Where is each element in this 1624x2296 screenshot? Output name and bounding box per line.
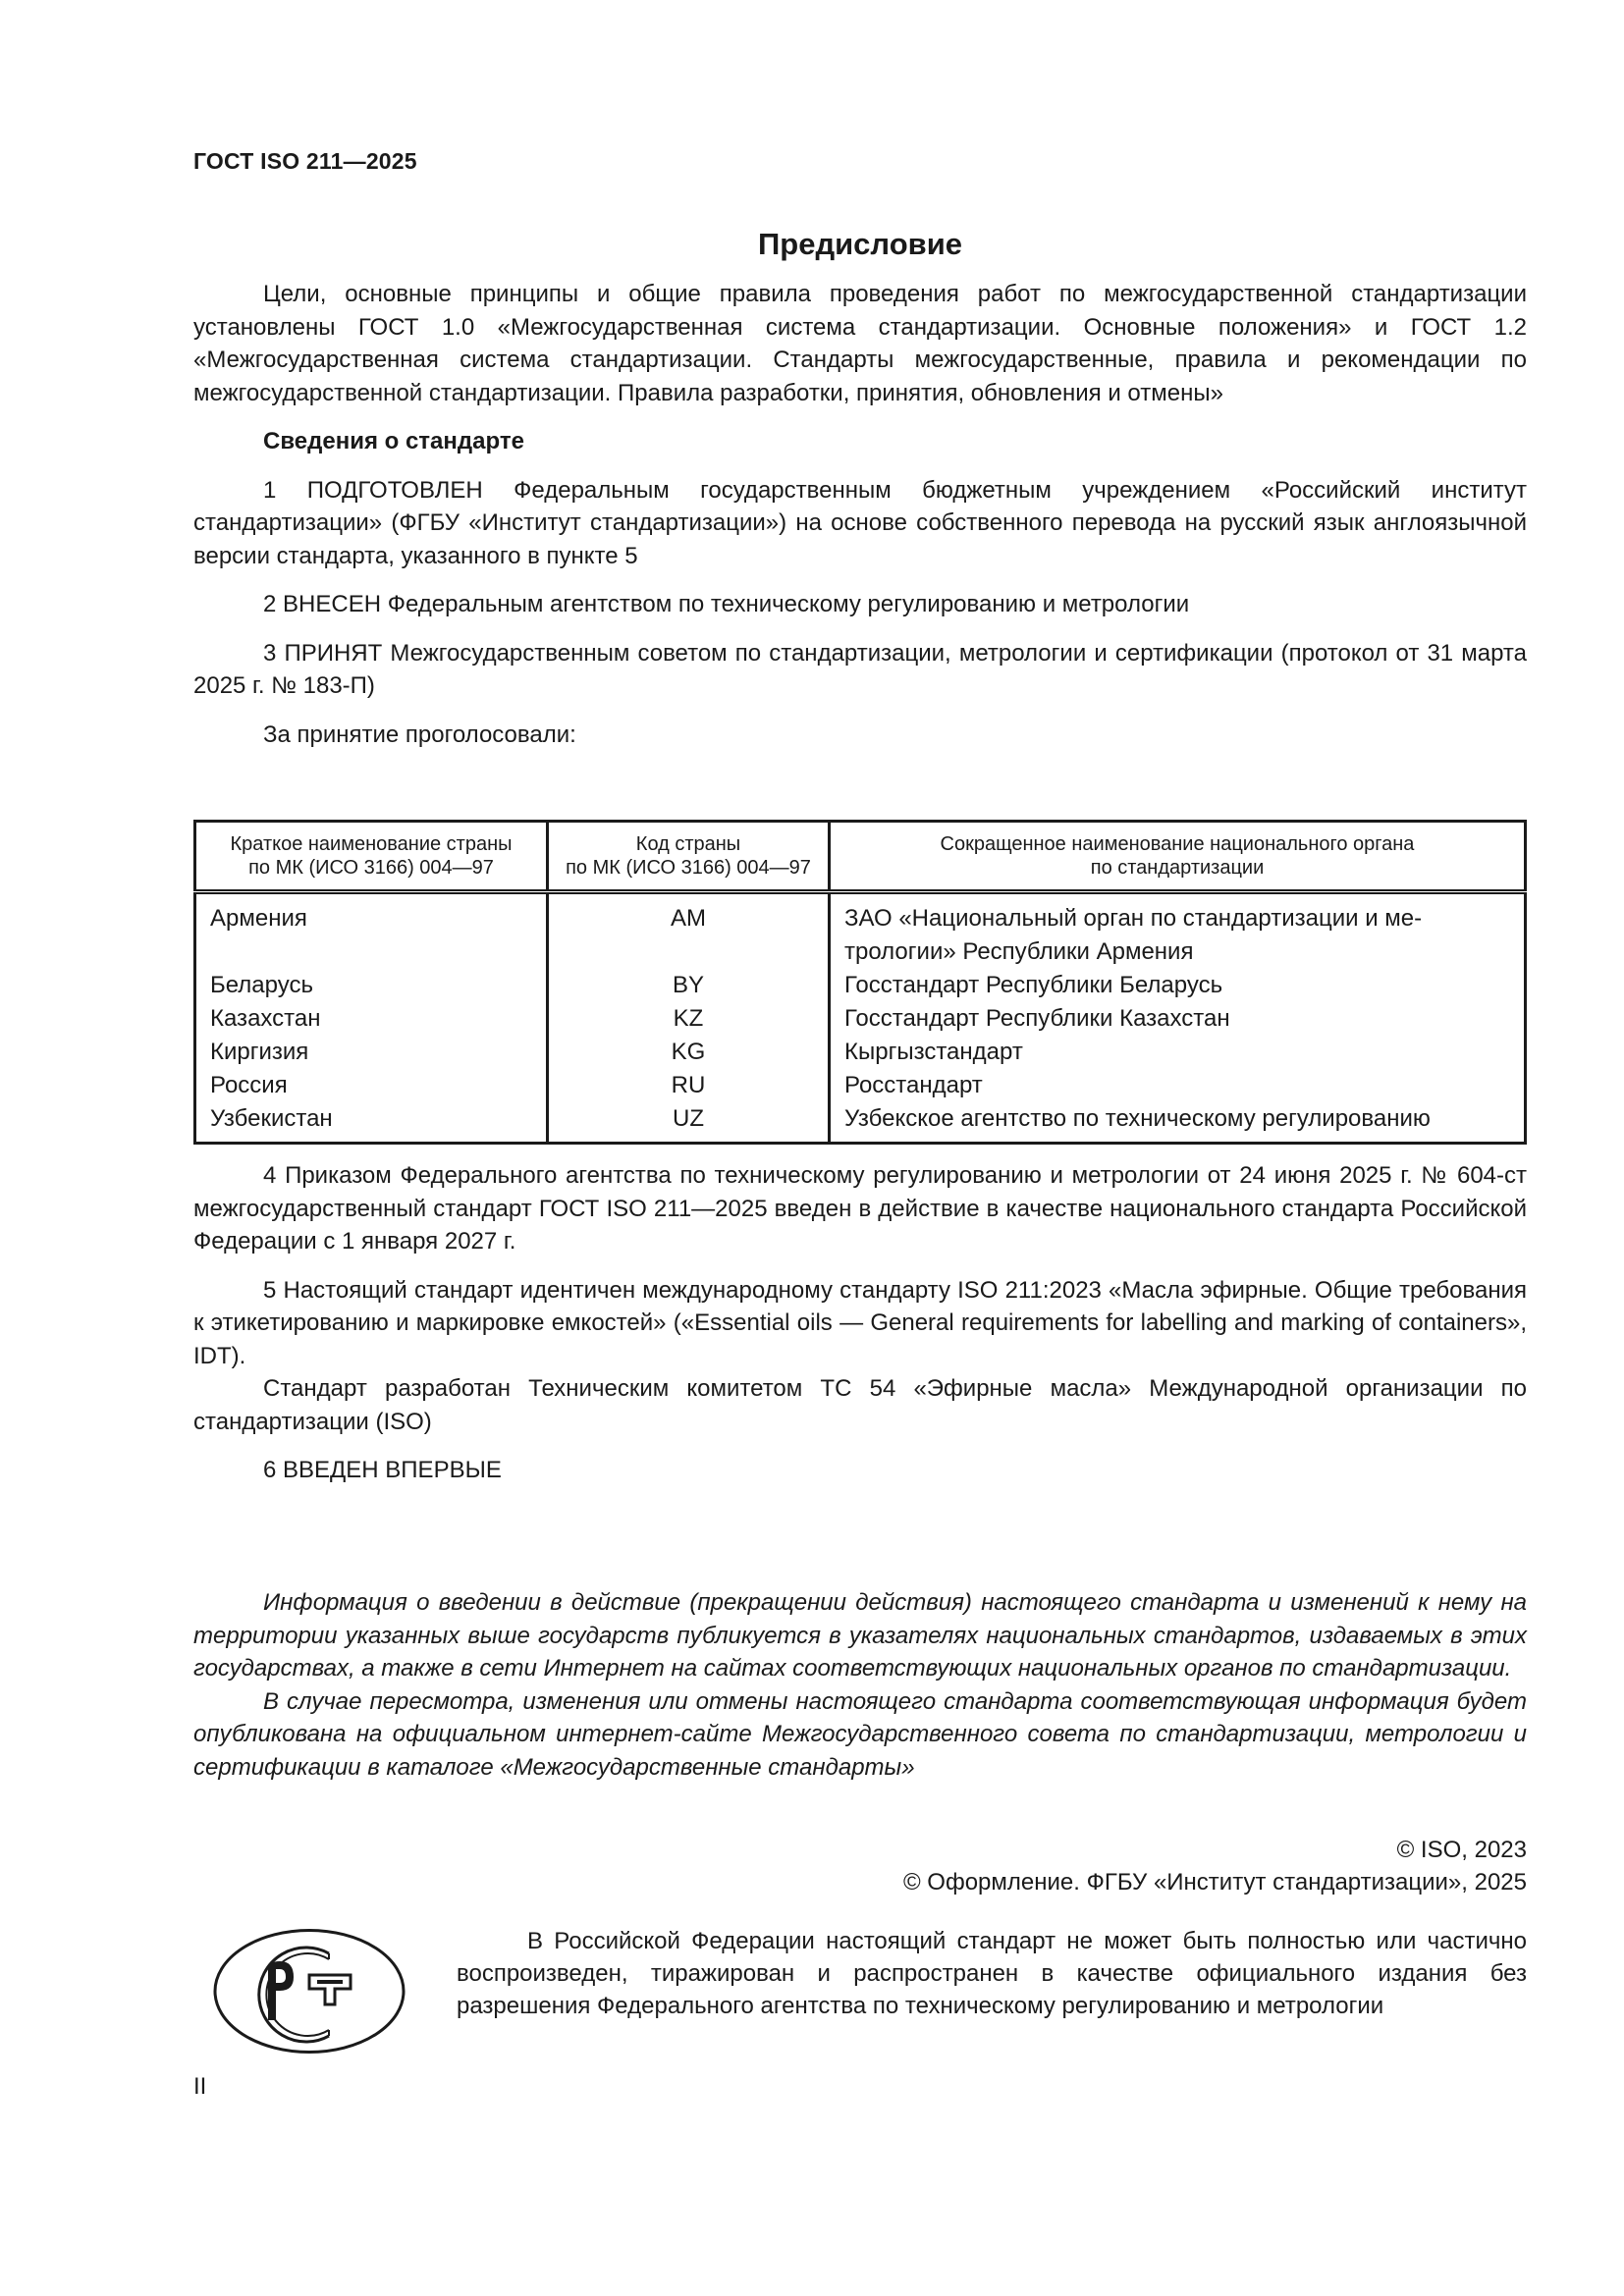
item-committee: Стандарт разработан Техническим комитето… <box>193 1372 1527 1438</box>
table-row: Казахстан KZ Госстандарт Республики Каза… <box>195 1002 1526 1036</box>
page-number: II <box>193 2073 206 2101</box>
body-cell: Кыргызстандарт <box>830 1036 1526 1069</box>
country-cell: Киргизия <box>195 1036 548 1069</box>
body-cell: Узбекское агентство по техническому регу… <box>830 1102 1526 1144</box>
item-adopted: 3 ПРИНЯТ Межгосударственным советом по с… <box>193 637 1527 703</box>
item-submitted: 2 ВНЕСЕН Федеральным агентством по техни… <box>193 588 1527 621</box>
copyright-iso: © ISO, 2023 <box>1397 1834 1527 1866</box>
header-code: Код страныпо МК (ИСО 3166) 004—97 <box>548 822 830 892</box>
item-prepared: 1 ПОДГОТОВЛЕН Федеральным государственны… <box>193 474 1527 573</box>
body-cell: ЗАО «Национальный орган по стандартизаци… <box>830 892 1526 970</box>
restriction-paragraph: В Российской Федерации настоящий стандар… <box>457 1925 1527 2022</box>
vote-label: За принятие проголосовали: <box>193 719 1527 752</box>
code-cell: RU <box>548 1069 830 1102</box>
item-identical: 5 Настоящий стандарт идентичен междунаро… <box>193 1274 1527 1373</box>
code-cell: UZ <box>548 1102 830 1144</box>
notice-block: Информация о введении в действие (прекра… <box>193 1586 1527 1784</box>
table-row: Узбекистан UZ Узбекское агентство по тех… <box>195 1102 1526 1144</box>
country-cell: Казахстан <box>195 1002 548 1036</box>
table-row: Армения AM ЗАО «Национальный орган по ст… <box>195 892 1526 970</box>
header-body: Сокращенное наименование национального о… <box>830 822 1526 892</box>
country-cell: Россия <box>195 1069 548 1102</box>
header-country: Краткое наименование страныпо МК (ИСО 31… <box>195 822 548 892</box>
code-cell: AM <box>548 892 830 970</box>
item-order: 4 Приказом Федерального агентства по тех… <box>193 1159 1527 1258</box>
table-row: Беларусь BY Госстандарт Республики Белар… <box>195 969 1526 1002</box>
code-cell: KZ <box>548 1002 830 1036</box>
restriction-notice: В Российской Федерации настоящий стандар… <box>457 1925 1527 2022</box>
body-cell: Госстандарт Республики Казахстан <box>830 1002 1526 1036</box>
country-cell: Узбекистан <box>195 1102 548 1144</box>
preface-intro: Цели, основные принципы и общие правила … <box>193 278 1527 751</box>
body-cell: Росстандарт <box>830 1069 1526 1102</box>
rst-mark-icon <box>211 1926 407 2056</box>
section-heading: Сведения о стандарте <box>193 425 1527 458</box>
item-first-introduced: 6 ВВЕДЕН ВПЕРВЫЕ <box>193 1454 1527 1487</box>
notice-paragraph-1: Информация о введении в действие (прекра… <box>193 1586 1527 1685</box>
vote-table: Краткое наименование страныпо МК (ИСО 31… <box>193 820 1527 1145</box>
body-cell: Госстандарт Республики Беларусь <box>830 969 1526 1002</box>
document-code: ГОСТ ISO 211—2025 <box>193 148 417 175</box>
page-title: Предисловие <box>193 227 1527 262</box>
copyright-design: © Оформление. ФГБУ «Институт стандартиза… <box>903 1866 1527 1898</box>
notice-paragraph-2: В случае пересмотра, изменения или отмен… <box>193 1685 1527 1785</box>
preface-items: 4 Приказом Федерального агентства по тех… <box>193 1159 1527 1487</box>
table-row: Киргизия KG Кыргызстандарт <box>195 1036 1526 1069</box>
table-row: Россия RU Росстандарт <box>195 1069 1526 1102</box>
country-cell: Армения <box>195 892 548 970</box>
table-header-row: Краткое наименование страныпо МК (ИСО 31… <box>195 822 1526 892</box>
country-cell: Беларусь <box>195 969 548 1002</box>
code-cell: BY <box>548 969 830 1002</box>
code-cell: KG <box>548 1036 830 1069</box>
intro-paragraph: Цели, основные принципы и общие правила … <box>193 278 1527 409</box>
